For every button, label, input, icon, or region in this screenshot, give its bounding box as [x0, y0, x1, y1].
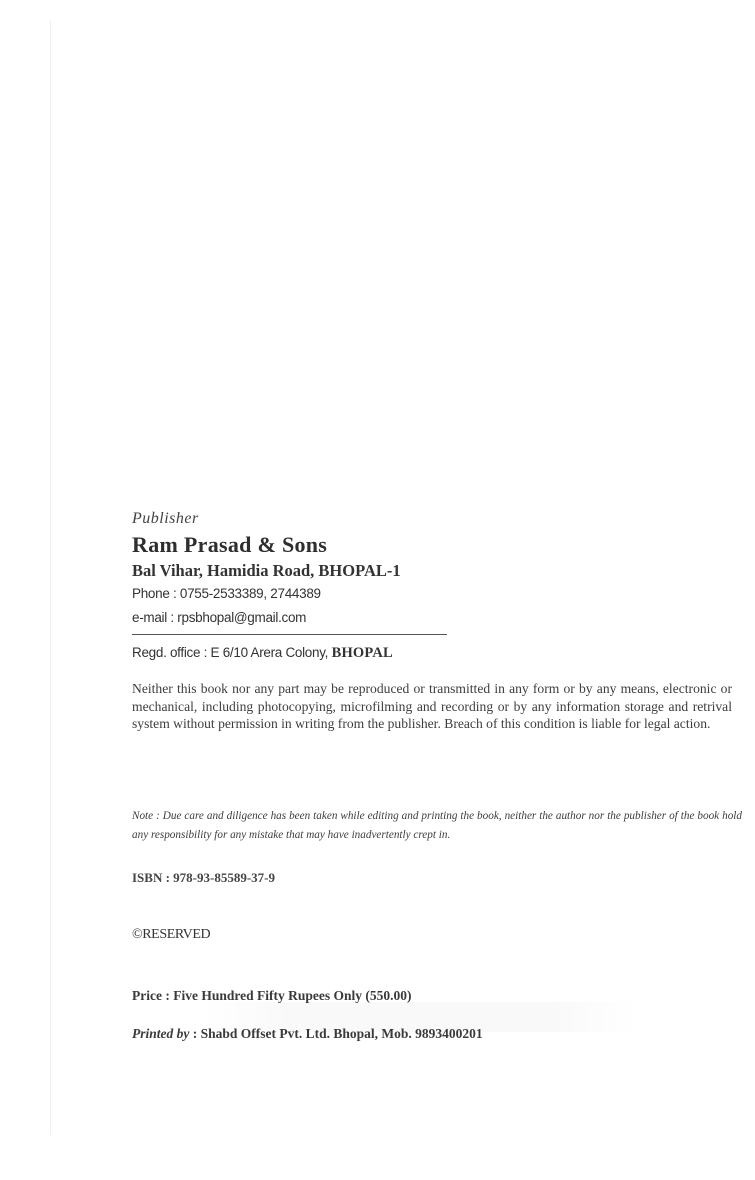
price: Price : Five Hundred Fifty Rupees Only (… [132, 988, 411, 1004]
publisher-label: Publisher [132, 510, 199, 528]
printed-by-label: Printed by [132, 1026, 189, 1041]
printer-details: : Shabd Offset Pvt. Ltd. Bhopal, Mob. 98… [189, 1026, 482, 1041]
liability-note: Note : Due care and diligence has been t… [132, 807, 742, 845]
page-edge-line [50, 20, 51, 1135]
publisher-address: Bal Vihar, Hamidia Road, BHOPAL-1 [132, 561, 401, 581]
printed-by: Printed by : Shabd Offset Pvt. Ltd. Bhop… [132, 1026, 483, 1042]
publisher-email: e-mail : rpsbhopal@gmail.com [132, 610, 306, 625]
copyright-disclaimer: Neither this book nor any part may be re… [132, 680, 732, 733]
publisher-name: Ram Prasad & Sons [132, 532, 327, 558]
divider-rule [132, 634, 447, 635]
registered-office-city: BHOPAL [332, 645, 393, 661]
isbn: ISBN : 978-93-85589-37-9 [132, 870, 275, 886]
publisher-phone: Phone : 0755-2533389, 2744389 [132, 586, 321, 601]
registered-office: Regd. office : E 6/10 Arera Colony, BHOP… [132, 645, 393, 662]
registered-office-address: Regd. office : E 6/10 Arera Colony, [132, 645, 332, 660]
copyright-reserved: ©RESERVED [132, 927, 210, 943]
